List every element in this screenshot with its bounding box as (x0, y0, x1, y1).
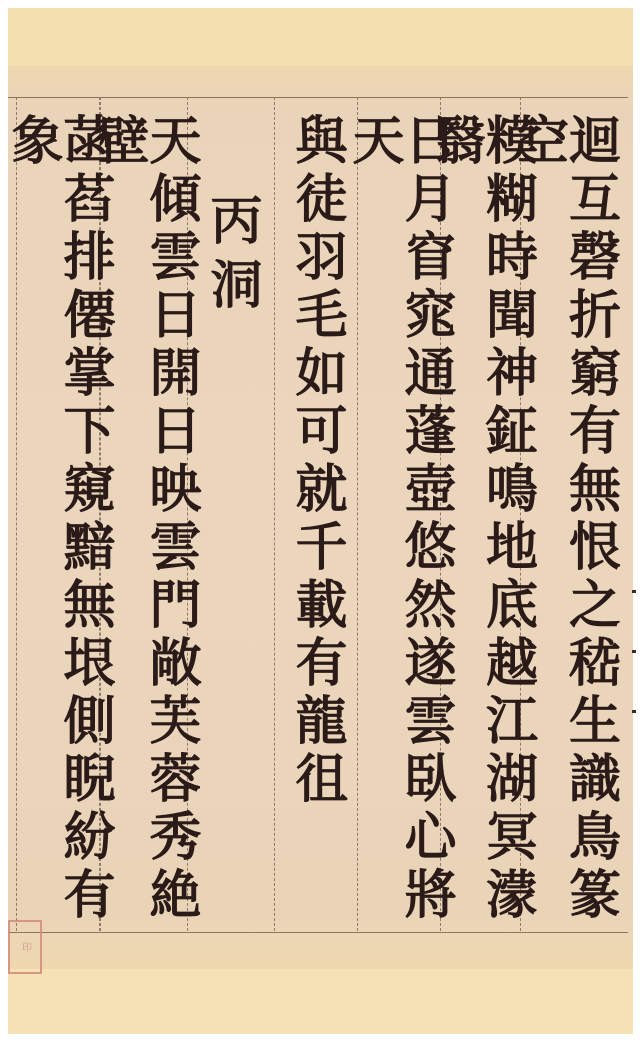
text-column-7: 菡萏排僊掌下窺黯無垠側睨紛有象 (16, 97, 100, 931)
bottom-margin-band (8, 969, 633, 1034)
column-text: 與徒羽毛如可就千載有龍徂 (290, 113, 342, 809)
text-column-3: 日月窅窕通蓬壺悠然遂雲臥心將天 (357, 97, 440, 931)
section-title: 丙洞 (205, 193, 257, 321)
seal-text: 印 (18, 942, 33, 952)
top-margin-band (8, 8, 633, 66)
text-column-4: 與徒羽毛如可就千載有龍徂 (274, 97, 357, 931)
right-edge-marks (630, 590, 636, 730)
column-text: 菡萏排僊掌下窺黯無垠側睨紛有象 (6, 113, 110, 931)
column-text: 日月窅窕通蓬壺悠然遂雲臥心將天 (347, 113, 451, 931)
red-seal-stamp: 印 (8, 920, 42, 974)
